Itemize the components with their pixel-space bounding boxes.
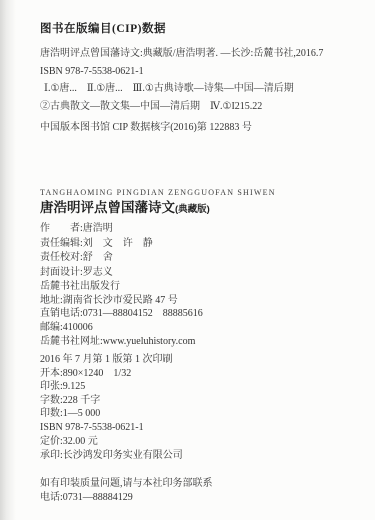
printer-section: 承印:长沙鸿发印务实业有限公司 [40,449,360,463]
title-pinyin: TANGHAOMING PINGDIAN ZENGGUOFAN SHIWEN [40,187,360,198]
quality-notice: 如有印装质量问题,请与本社印务部联系 [40,477,360,491]
credit-cover-designer: 封面设计:罗志义 [40,266,360,281]
book-title: 唐浩明评点曾国藩诗文(典藏版) [40,199,360,218]
cip-classification-line2: ②古典散文—散文集—中国—清后期 Ⅳ.①I215.22 [40,98,360,116]
credit-editor: 责任编辑:刘 文 许 静 [40,237,360,252]
cip-section: 图书在版编目(CIP)数据 唐浩明评点曾国藩诗文:典藏版/唐浩明著. —长沙:岳… [40,20,360,137]
publisher-postcode: 邮编:410006 [40,321,360,335]
publisher-sales-phone: 直销电话:0731—88804152 88885616 [40,307,360,321]
cip-heading: 图书在版编目(CIP)数据 [40,20,360,36]
copyright-page: 图书在版编目(CIP)数据 唐浩明评点曾国藩诗文:典藏版/唐浩明著. —长沙:岳… [0,0,375,520]
print-price: 定价:32.00 元 [40,435,360,449]
publisher-website: 岳麓书社网址:www.yueluhistory.com [40,335,360,349]
print-isbn: ISBN 978-7-5538-0621-1 [40,421,360,435]
print-edition: 2016 年 7 月第 1 版第 1 次印刷 [40,353,360,367]
publisher-name: 岳麓书社出版发行 [40,280,360,294]
print-run: 印数:1—5 000 [40,407,360,421]
footer-section: 如有印装质量问题,请与本社印务部联系 电话:0731—88884129 [40,477,360,505]
publisher-section: 岳麓书社出版发行 地址:湖南省长沙市爱民路 47 号 直销电话:0731—888… [40,280,360,349]
publisher-address: 地址:湖南省长沙市爱民路 47 号 [40,294,360,308]
credit-author: 作 者:唐浩明 [40,222,360,237]
title-section: TANGHAOMING PINGDIAN ZENGGUOFAN SHIWEN 唐… [40,187,360,281]
cip-registry-number: 中国版本图书馆 CIP 数据核字(2016)第 122883 号 [40,119,360,137]
quality-phone: 电话:0731—88884129 [40,491,360,505]
cip-isbn: ISBN 978-7-5538-0621-1 [40,63,360,81]
scan-edge-shadow [0,0,16,520]
printer-company: 承印:长沙鸿发印务实业有限公司 [40,449,360,463]
print-format: 开本:890×1240 1/32 [40,367,360,381]
print-info-section: 2016 年 7 月第 1 版第 1 次印刷 开本:890×1240 1/32 … [40,353,360,448]
credit-proofreader: 责任校对:舒 舍 [40,251,360,266]
cip-classification-line1: Ⅰ.①唐... Ⅱ.①唐... Ⅲ.①古典诗歌—诗集—中国—清后期 [40,80,360,98]
cip-record: 唐浩明评点曾国藩诗文:典藏版/唐浩明著. —长沙:岳麓书社,2016.7 [40,45,360,63]
credits-list: 作 者:唐浩明 责任编辑:刘 文 许 静 责任校对:舒 舍 封面设计:罗志义 [40,222,360,281]
print-word-count: 字数:228 千字 [40,394,360,408]
book-title-edition: (典藏版) [175,204,210,215]
print-sheets: 印张:9.125 [40,380,360,394]
book-title-text: 唐浩明评点曾国藩诗文 [40,200,175,215]
